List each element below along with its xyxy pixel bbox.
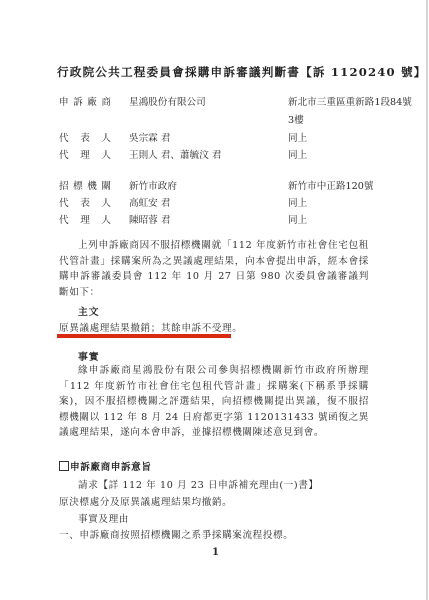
section-heading-text: 申訴廠商申訴意旨 — [70, 459, 152, 473]
request-text: 原決標處分及原異議處理結果均撤銷。 — [59, 494, 232, 508]
reason-item-1: 一、申訴廠商按照招標機關之系爭採購案流程投標。 — [59, 527, 293, 541]
highlight-underline — [57, 334, 231, 338]
party-label: 代 表 人 — [59, 197, 111, 211]
document-title: 行政院公共工程委員會採購申訴審議判斷書【訴 1120240 號】 — [57, 64, 427, 80]
party-label: 代 理 人 — [59, 149, 111, 163]
request-line: 請求【詳 112 年 10 月 23 日申訴補充理由(一)書】 — [78, 477, 319, 491]
party-address: 同上 — [288, 214, 307, 228]
main-heading: 主文 — [78, 304, 100, 318]
page-number: 1 — [212, 547, 219, 558]
party-name: 陳昭蓉 君 — [129, 214, 170, 228]
party-label: 代 表 人 — [59, 132, 111, 146]
party-label: 代 理 人 — [59, 214, 111, 228]
party-name: 新竹市政府 — [129, 180, 177, 194]
section-heading: 申訴廠商申訴意旨 — [59, 459, 152, 473]
party-address: 同上 — [288, 149, 307, 163]
party-address: 新竹市中正路120號 — [288, 180, 373, 194]
party-name: 高虹安 君 — [129, 197, 170, 211]
party-label: 申 訴 廠 商 — [59, 96, 111, 110]
facts-paragraph: 緣申訴廠商星鴻股份有限公司參與招標機關新竹市政府所辦理「112 年度新竹市社會住… — [59, 363, 369, 441]
reasons-heading: 事實及理由 — [78, 511, 129, 525]
party-address: 同上 — [288, 132, 307, 146]
facts-heading: 事實 — [78, 349, 100, 363]
party-name: 星鴻股份有限公司 — [129, 96, 206, 110]
party-label: 招 標 機 關 — [59, 180, 111, 194]
party-address: 同上 — [288, 197, 307, 211]
party-address-line2: 3樓 — [288, 114, 304, 128]
document-page: 行政院公共工程委員會採購申訴審議判斷書【訴 1120240 號】 申 訴 廠 商… — [0, 0, 428, 600]
main-ruling-text: 原異議處理結果撤銷；其餘申訴不受理。 — [59, 320, 243, 334]
party-name: 王則人 君、蕭毓汶 君 — [129, 149, 221, 163]
checkbox-icon — [59, 461, 69, 471]
party-name: 吳宗霖 君 — [129, 132, 170, 146]
party-address: 新北市三重區重新路1段84號 — [288, 96, 412, 110]
intro-paragraph: 上列申訴廠商因不服招標機關就「112 年度新竹市社會住宅包租代管計畫」採購案所為… — [59, 238, 369, 300]
